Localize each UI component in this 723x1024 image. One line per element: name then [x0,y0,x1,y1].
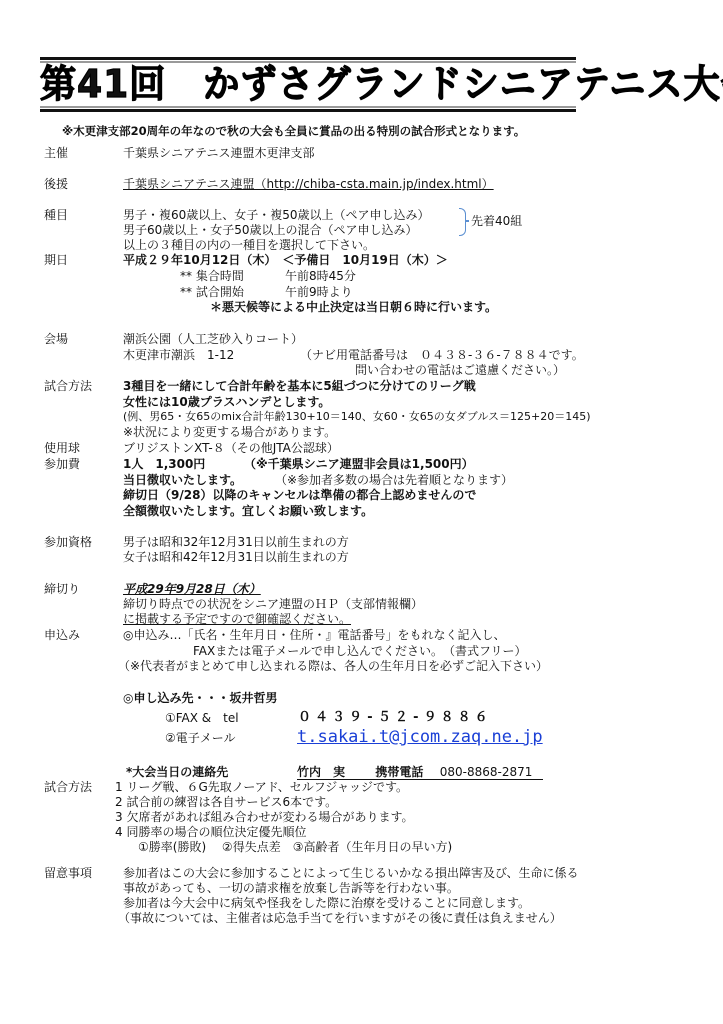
contact-heading: ◎申し込み先・・・坂井哲男 [123,691,277,705]
rules-item-2: 2 試合前の練習は各自サービス6本です。 [115,795,337,809]
events-capacity: 先着40組 [471,214,522,228]
application-label: 申込み [44,628,80,642]
deadline-date: 平成29年9月28日（木） [123,582,261,596]
gather-label: ** 集合時間 [180,269,244,283]
email-label: ②電子メール [165,731,236,745]
notes-line-4: （事故については、主催者は応急手当てを行いますがその後に責任は負えません） [118,911,562,925]
application-line-3: （※代表者がまとめて申し込まれる際は、各人の生年月日を必ずご記入下さい） [118,659,548,673]
format-change-note: ※状況により変更する場合があります。 [123,425,336,439]
rules-item-3: 3 欠席者があれば組み合わせが変わる場合があります。 [115,810,414,824]
venue-label: 会場 [44,332,68,346]
notes-label: 留意事項 [44,866,92,880]
events-label: 種目 [44,208,68,222]
eligibility-label: 参加資格 [44,535,92,549]
events-line-2: 男子60歳以上・女子50歳以上の混合（ペア申し込み） [123,223,418,237]
fee-collect: 当日徴収いたします。 [123,473,242,487]
eligibility-men: 男子は昭和32年12月31日以前生まれの方 [123,535,349,549]
notes-line-3: 参加者は今大会中に病気や怪我をした際に治療を受けることに同意します。 [123,896,530,910]
fee-first-come: （※参加者多数の場合は先着順となります） [275,473,513,487]
fax-value: ０４３９-５２-９８８６ [298,711,492,725]
fee-nonmember: （※千葉県シニア連盟非会員は1,500円） [244,457,474,471]
venue-navi-note: 問い合わせの電話はご遠慮ください。） [355,363,565,377]
rules-item-4: 4 同勝率の場合の順位決定優先順位 [115,825,306,839]
format-line-1: 3種目を一緒にして合計年齢を基本に5組づつに分けてのリーグ戦 [123,379,476,393]
events-line-3: 以上の３種目の内の一種目を選択して下さい。 [123,238,375,252]
date-main: 平成２９年10月12日（木） ＜予備日 10月19日（木）＞ [123,253,448,267]
fee-label: 参加費 [44,457,80,471]
brace-tick-icon [465,220,469,222]
gather-time: 午前8時45分 [285,269,356,283]
ball-value: ブリジストンXT-８（その他JTA公認球） [123,441,339,455]
day-contact-phone: 080-8868-2871 [440,765,533,779]
notes-line-1: 参加者はこの大会に参加することによって生じるいかなる損出障害及び、生命に係る [123,866,579,880]
eligibility-women: 女子は昭和42年12月31日以前生まれの方 [123,550,349,564]
application-line-1: ◎申込み…「氏名・生年月日・住所・』電話番号」をもれなく記入し、 [123,628,505,642]
deadline-label: 締切り [44,582,80,596]
start-label: ** 試合開始 [180,285,244,299]
special-notice: ※木更津支部20周年の年なので秋の大会も全員に賞品の出る特別の試合形式となります… [62,124,525,138]
brace-icon [459,208,466,236]
venue-name: 潮浜公園（人工芝砂入りコート） [123,332,303,346]
day-contact-line: 竹内 実 携帯電話 080-8868-2871 [297,765,543,780]
fee-cancel-1: 締切日（9/28）以降のキャンセルは準備の都合上認めませんので [123,488,476,502]
title-rule-bottom [40,109,576,112]
venue-address: 木更津市潮浜 1-12 [123,348,234,362]
application-line-2: FAXまたは電子メールで申し込んでください。 （書式フリー） [193,644,527,658]
format-line-2: 女性には10歳プラスハンデとします。 [123,395,330,409]
venue-navi-phone: （ナビ用電話番号は ０４３８-３６-７８８４です。 [300,348,584,362]
start-time: 午前9時より [285,285,353,299]
rules-item-1: 1 リーグ戦、６G先取ノーアド、セルフジャッジです。 [115,780,408,794]
support-label: 後援 [44,177,68,191]
format-label: 試合方法 [44,379,92,393]
ball-label: 使用球 [44,441,80,455]
day-contact-name: 竹内 実 [297,765,345,779]
email-link[interactable]: t.sakai.t@jcom.zaq.ne.jp [297,727,543,747]
rules-label: 試合方法 [44,780,92,794]
title-rule-bottom-shadow [40,106,576,108]
organizer-label: 主催 [44,146,68,160]
title-rule-top [40,57,576,60]
organizer-value: 千葉県シニアテニス連盟木更津支部 [123,146,315,160]
events-line-1: 男子・複60歳以上、女子・複50歳以上（ペア申し込み） [123,208,430,222]
page-title: 第41回 かずさグランドシニアテニス大会 [40,62,549,106]
fee-cancel-2: 全額徴収いたします。宜しくお願い致します。 [123,504,373,518]
support-link[interactable]: 千葉県シニアテニス連盟（http://chiba-csta.main.jp/in… [123,177,494,191]
day-contact-label: *大会当日の連絡先 [126,765,228,779]
fax-label: ①FAX & tel [165,711,239,725]
weather-note: ＊悪天候等による中止決定は当日朝６時に行います。 [210,300,497,314]
fee-amount: 1人 1,300円 [123,457,205,471]
notes-line-2: 事故があっても、一切の請求権を放棄し告訴等を行わない事。 [123,881,459,895]
day-contact-phone-label: 携帯電話 [375,765,423,779]
rules-tiebreak: ①勝率(勝敗) ②得失点差 ③高齢者（生年月日の早い方) [138,840,452,854]
date-label: 期日 [44,253,68,267]
deadline-note-1: 締切り時点での状況をシニア連盟のＨＰ（支部情報欄） [123,597,423,611]
format-example: (例、男65・女65のmix合計年齢130+10＝140、女60・女65の女ダブ… [123,410,591,424]
deadline-note-2: に掲載する予定ですので御確認ください。 [123,612,351,626]
